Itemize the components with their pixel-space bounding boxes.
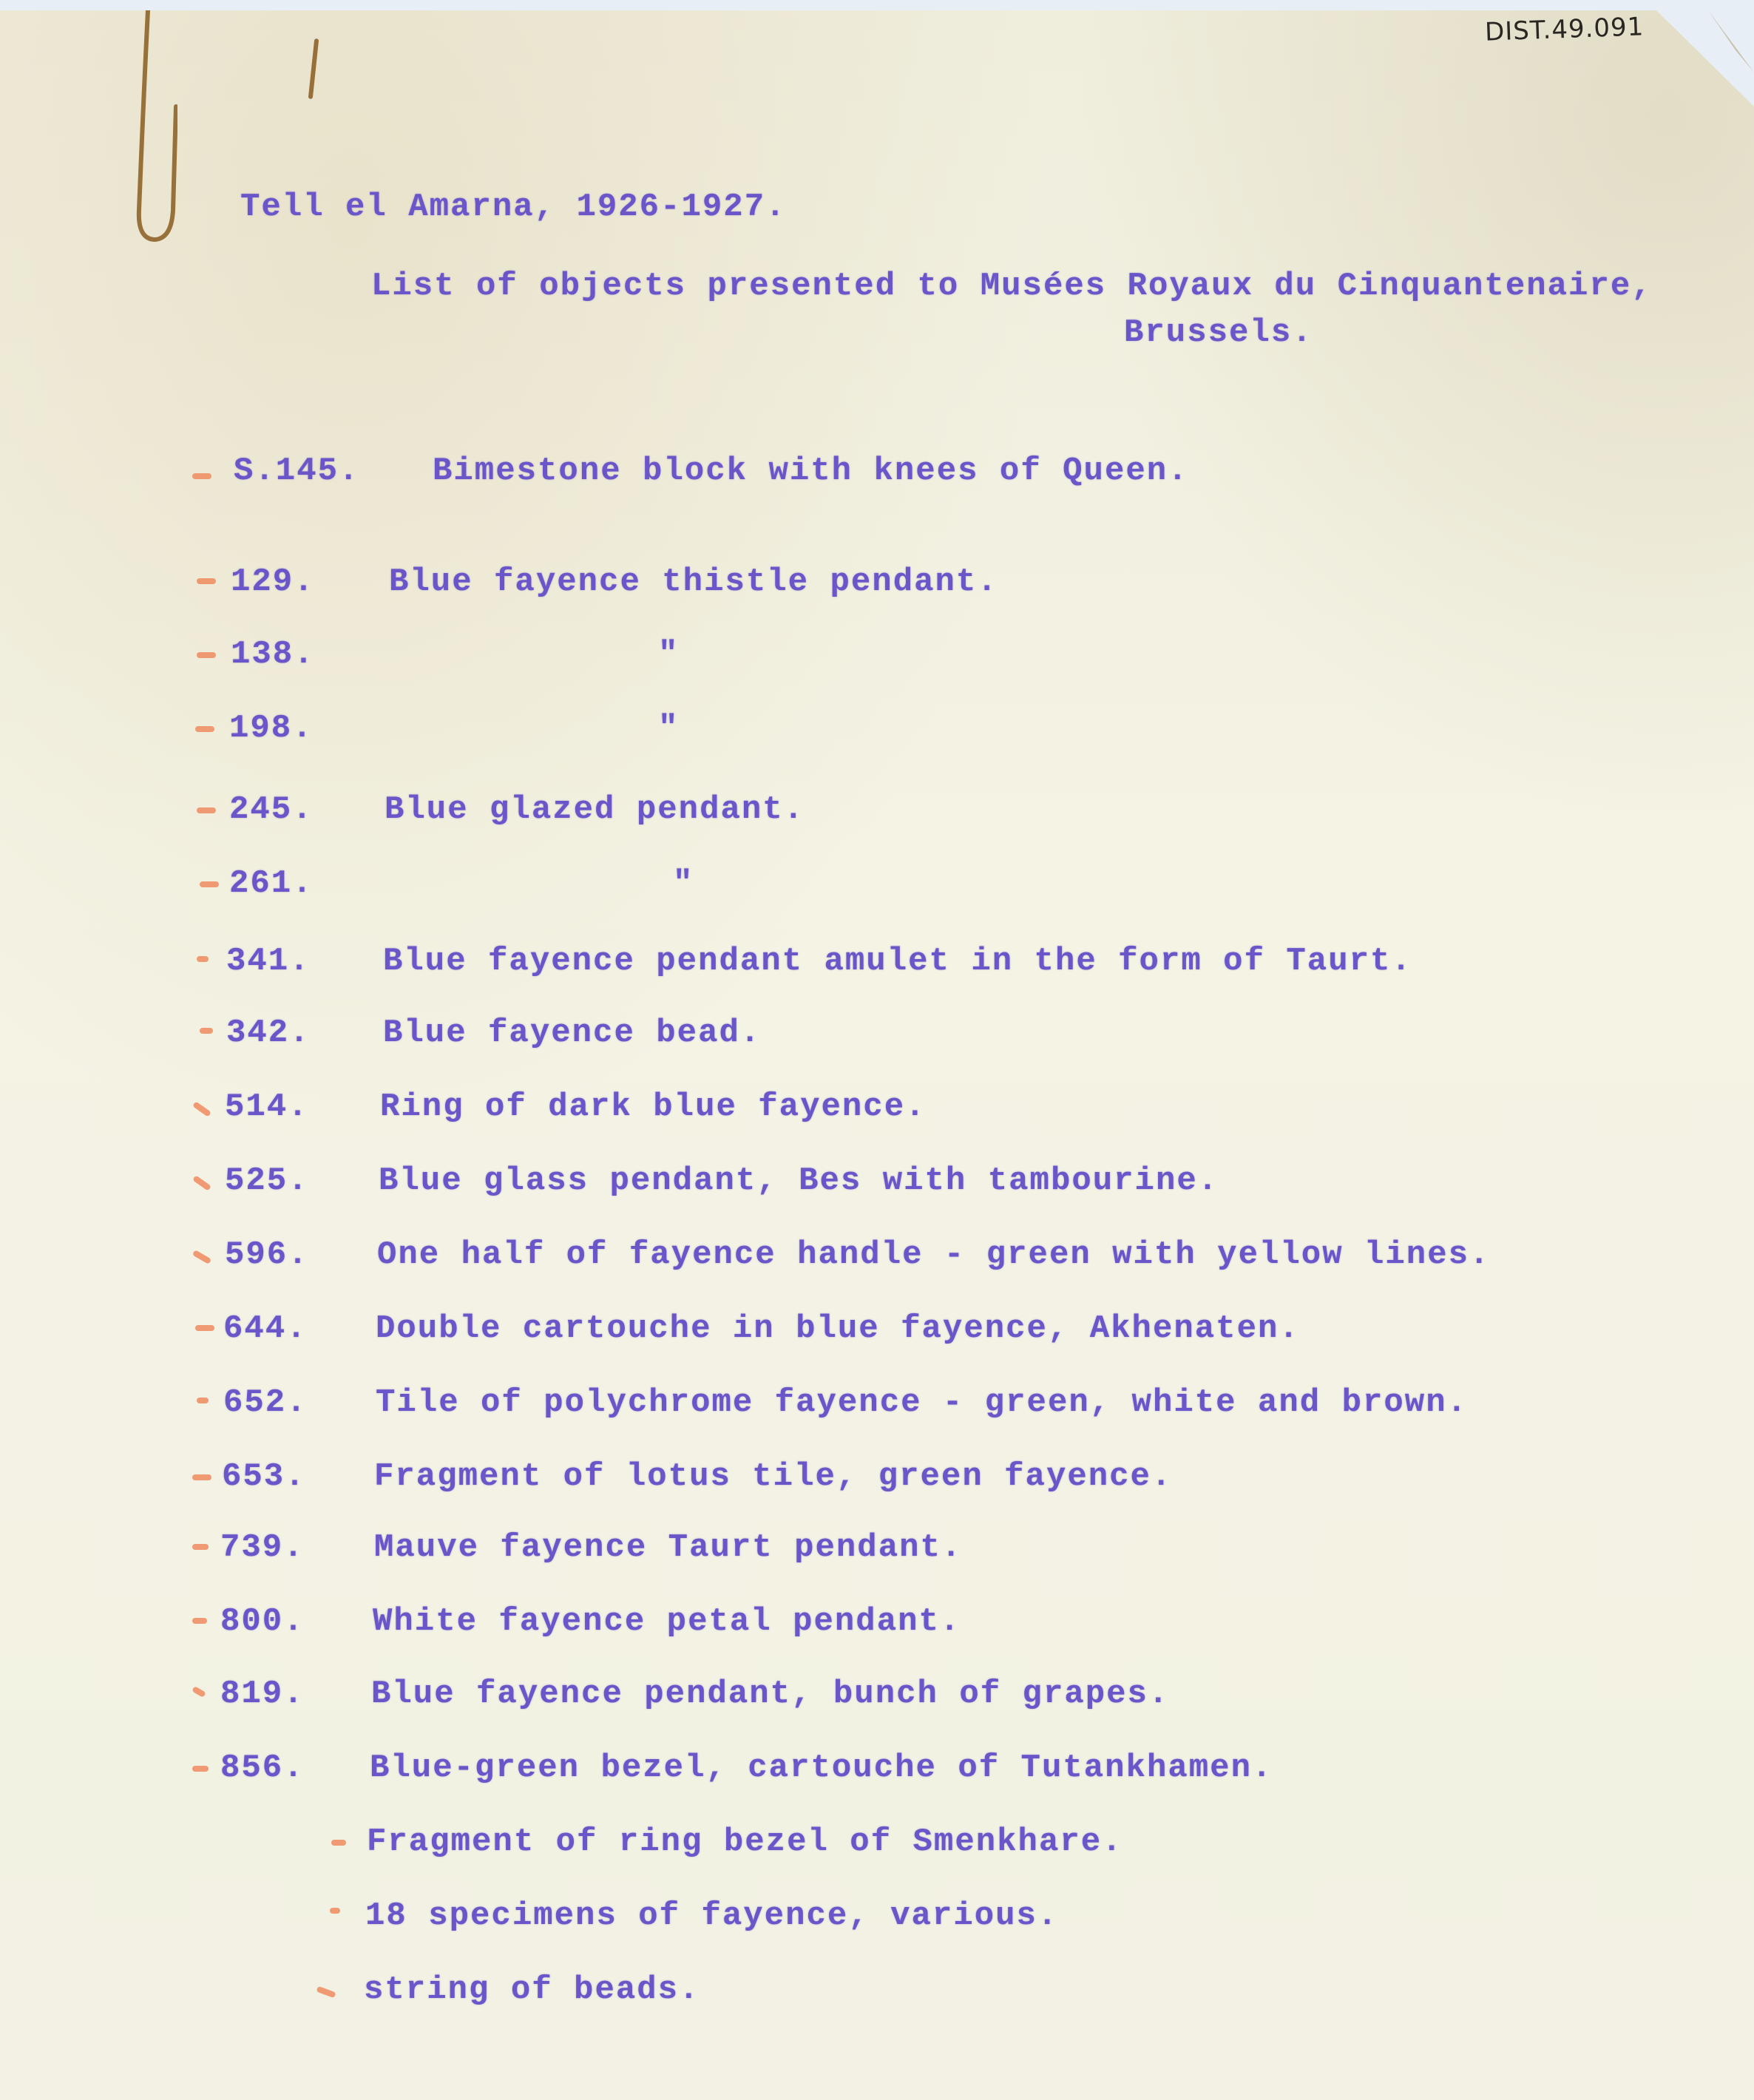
item-number: 129. — [231, 563, 315, 600]
item-description: White fayence petal pendant. — [373, 1603, 961, 1640]
check-mark-icon — [192, 1766, 209, 1772]
item-description: Tile of polychrome fayence - green, whit… — [376, 1384, 1468, 1421]
check-mark-icon — [192, 1618, 207, 1624]
item-number: 525. — [225, 1162, 309, 1199]
item-description: string of beads. — [364, 1971, 700, 2008]
document-subtitle-location: Brussels. — [1124, 314, 1313, 351]
document-page — [0, 10, 1754, 2100]
item-description: " — [658, 636, 679, 673]
item-number: 653. — [222, 1458, 306, 1495]
item-description: Bimestone block with knees of Queen. — [433, 453, 1189, 490]
item-description: Blue-green bezel, cartouche of Tutankham… — [370, 1750, 1273, 1786]
item-number: 138. — [231, 636, 315, 673]
item-description: 18 specimens of fayence, various. — [365, 1897, 1058, 1934]
item-number: 856. — [220, 1750, 305, 1786]
item-number: S.145. — [234, 453, 359, 490]
check-mark-icon — [195, 726, 214, 732]
item-description: Blue fayence pendant, bunch of grapes. — [371, 1676, 1169, 1713]
item-description: Fragment of lotus tile, green fayence. — [374, 1458, 1172, 1495]
item-description: Double cartouche in blue fayence, Akhena… — [376, 1310, 1300, 1347]
item-description: Blue fayence pendant amulet in the form … — [383, 943, 1412, 980]
check-mark-icon — [330, 1908, 340, 1914]
item-description: Ring of dark blue fayence. — [380, 1088, 927, 1125]
item-number: 800. — [220, 1603, 305, 1640]
item-description: Mauve fayence Taurt pendant. — [374, 1529, 962, 1566]
document-title: Tell el Amarna, 1926-1927. — [240, 189, 787, 226]
item-description: Blue fayence bead. — [383, 1015, 761, 1051]
paperclip-rust-stain-icon — [133, 10, 177, 247]
item-description: Blue glass pendant, Bes with tambourine. — [379, 1162, 1219, 1199]
item-number: 652. — [223, 1384, 308, 1421]
check-mark-icon — [197, 578, 216, 584]
item-description: Blue fayence thistle pendant. — [389, 563, 998, 600]
item-number: 341. — [226, 943, 311, 980]
item-description: " — [658, 710, 679, 747]
item-number: 342. — [226, 1015, 311, 1051]
item-number: 596. — [225, 1236, 309, 1273]
item-description: Blue glazed pendant. — [385, 791, 805, 828]
document-subtitle: List of objects presented to Musées Roya… — [371, 268, 1653, 305]
item-number: 514. — [225, 1088, 309, 1125]
check-mark-icon — [197, 956, 209, 962]
item-number: 739. — [220, 1529, 305, 1566]
item-description: Fragment of ring bezel of Smenkhare. — [367, 1823, 1123, 1860]
check-mark-icon — [331, 1840, 346, 1846]
item-number: 644. — [223, 1310, 308, 1347]
check-mark-icon — [192, 473, 211, 479]
check-mark-icon — [192, 1474, 211, 1480]
check-mark-icon — [197, 652, 216, 658]
item-number: 261. — [229, 865, 314, 902]
check-mark-icon — [200, 1028, 213, 1034]
check-mark-icon — [197, 807, 216, 813]
item-number: 245. — [229, 791, 314, 828]
item-number: 198. — [229, 710, 314, 747]
item-description: " — [673, 865, 694, 902]
check-mark-icon — [200, 881, 219, 887]
item-number: 819. — [220, 1676, 305, 1713]
accession-number: DIST.49.091 — [1484, 12, 1645, 47]
check-mark-icon — [197, 1398, 209, 1403]
check-mark-icon — [192, 1544, 209, 1550]
item-description: One half of fayence handle - green with … — [377, 1236, 1490, 1273]
check-mark-icon — [195, 1325, 214, 1331]
